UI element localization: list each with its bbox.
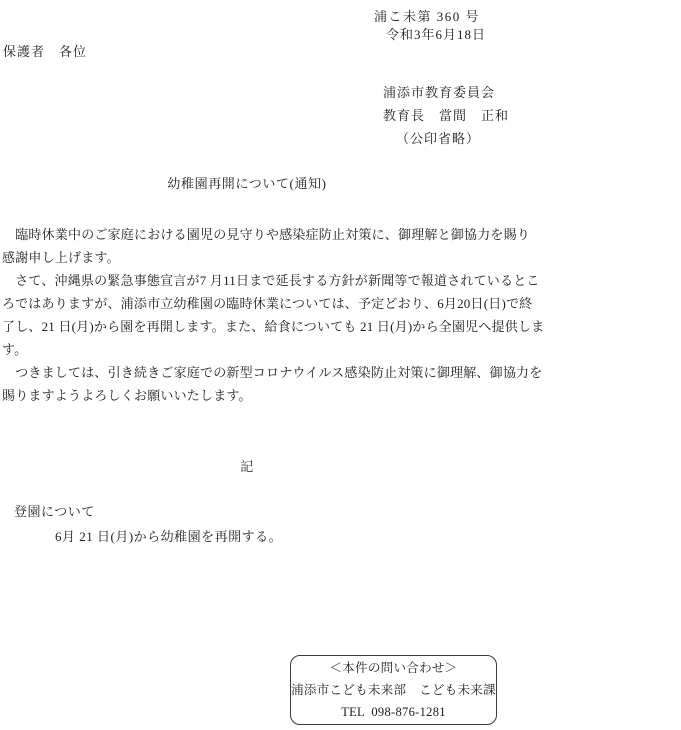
section-heading: 登園について bbox=[14, 501, 95, 520]
ki-notice-marker: 記 bbox=[0, 456, 494, 475]
contact-tel: TEL 098-876-1281 bbox=[341, 701, 446, 723]
body-line: 賜りますようよろしくお願いいたします。 bbox=[2, 384, 499, 407]
body-line: 臨時休業中のご家庭における園児の見守りや感染症防止対策に、御理解と御協力を賜り bbox=[2, 223, 499, 246]
body-line: 感謝申し上げます。 bbox=[2, 246, 499, 269]
body-line: す。 bbox=[2, 338, 499, 361]
contact-box-header: ＜本件の問い合わせ＞ bbox=[329, 657, 457, 679]
contact-box: ＜本件の問い合わせ＞ 浦添市こども未来部 こども未来課 TEL 098-876-… bbox=[290, 655, 497, 725]
body-text: 臨時休業中のご家庭における園児の見守りや感染症防止対策に、御理解と御協力を賜り … bbox=[2, 223, 499, 407]
recipient-line: 保護者 各位 bbox=[3, 41, 87, 60]
issue-date: 令和3年6月18日 bbox=[386, 24, 486, 43]
seal-omitted-note: （公印省略） bbox=[396, 128, 480, 147]
contact-department: 浦添市こども未来部 こども未来課 bbox=[291, 679, 496, 701]
sender-organization: 浦添市教育委員会 bbox=[383, 82, 495, 101]
body-line: つきましては、引き続きご家庭での新型コロナウイルス感染防止対策に御理解、御協力を bbox=[2, 361, 499, 384]
document-title: 幼稚園再開について(通知) bbox=[0, 173, 494, 192]
sender-name: 教育長 當間 正和 bbox=[383, 105, 509, 124]
section-body: 6月 21 日(月)から幼稚園を再開する。 bbox=[55, 526, 282, 545]
doc-number: 浦こ未第 360 号 bbox=[374, 6, 480, 25]
body-line: 了し、21 日(月)から園を再開します。また、給食についても 21 日(月)から… bbox=[2, 315, 499, 338]
body-line: ろではありますが、浦添市立幼稚園の臨時休業については、予定どおり、6月20日(日… bbox=[2, 292, 499, 315]
official-notice-document: 浦こ未第 360 号 令和3年6月18日 保護者 各位 浦添市教育委員会 教育長… bbox=[0, 0, 681, 730]
body-line: さて、沖縄県の緊急事態宣言が7 月11日まで延長する方針が新聞等で報道されている… bbox=[2, 269, 499, 292]
